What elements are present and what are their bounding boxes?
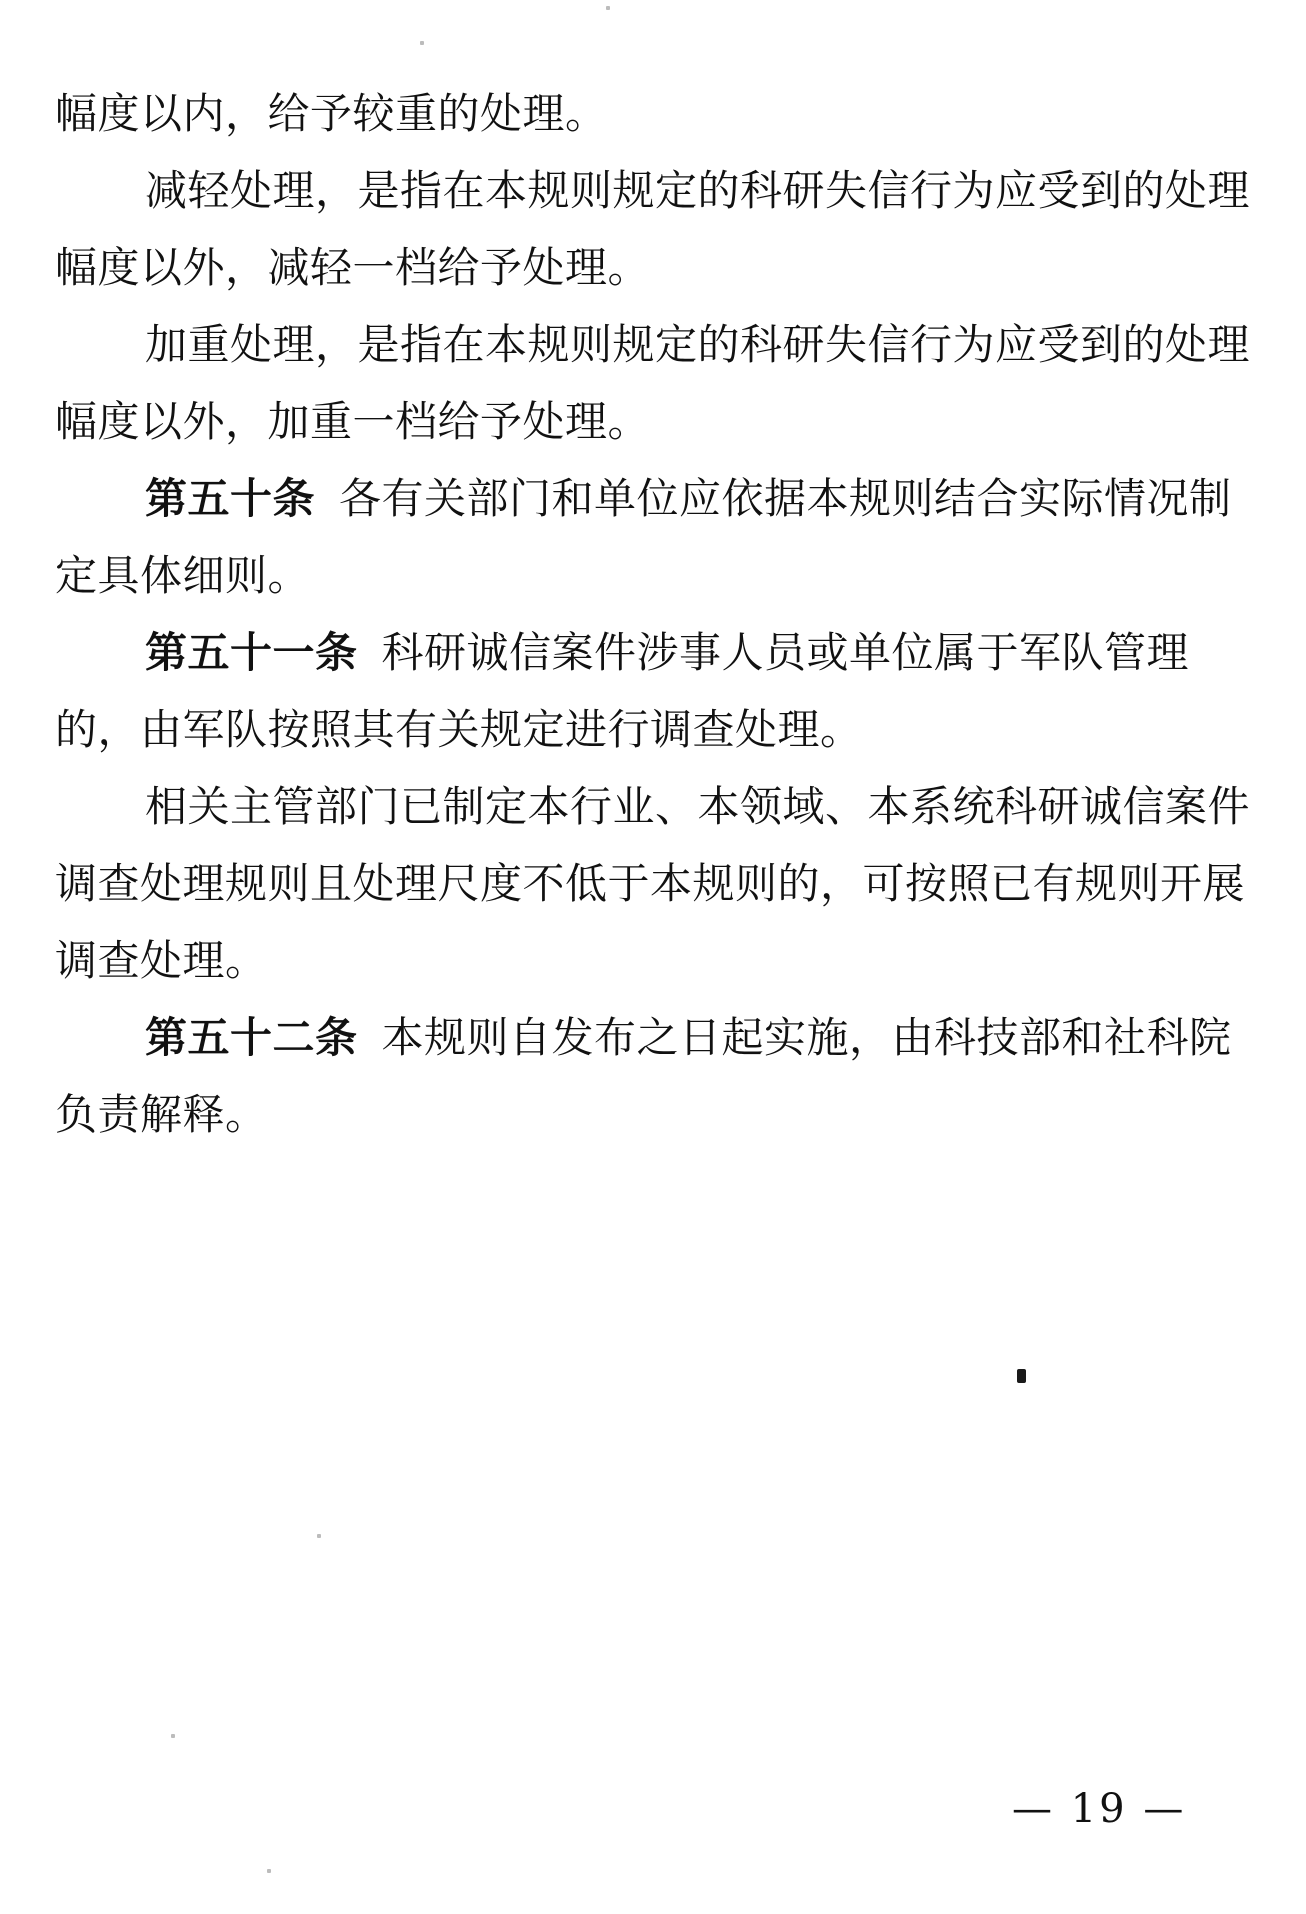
article-51-heading-line: 第五十一条科研诚信案件涉事人员或单位属于军队管理: [55, 614, 1225, 691]
body-line: 减轻处理，是指在本规则规定的科研失信行为应受到的处理: [55, 152, 1225, 229]
body-line: 定具体细则。: [55, 537, 1225, 614]
body-line: 调查处理规则且处理尺度不低于本规则的，可按照已有规则开展: [55, 845, 1225, 922]
body-line: 相关主管部门已制定本行业、本领域、本系统科研诚信案件: [55, 768, 1225, 845]
scan-speck: [267, 1869, 271, 1873]
scan-speck: [317, 1534, 321, 1538]
line-text: 本规则自发布之日起实施，由科技部和社科院: [382, 1013, 1232, 1062]
line-text: 加重处理，是指在本规则规定的科研失信行为应受到的处理: [145, 320, 1250, 369]
article-number-bold: 第五十条: [145, 474, 315, 523]
article-number-bold: 第五十一条: [145, 628, 358, 677]
scan-speck: [606, 6, 610, 10]
line-text: 定具体细则。: [55, 551, 310, 600]
document-text-block: 幅度以内，给予较重的处理。 减轻处理，是指在本规则规定的科研失信行为应受到的处理…: [55, 75, 1225, 1153]
line-text: 调查处理规则且处理尺度不低于本规则的，可按照已有规则开展: [55, 859, 1245, 908]
line-text: 幅度以外，减轻一档给予处理。: [55, 243, 650, 292]
line-text: 幅度以内，给予较重的处理。: [55, 89, 608, 138]
line-text: 调查处理。: [55, 936, 268, 985]
line-text: 幅度以外，加重一档给予处理。: [55, 397, 650, 446]
line-text: 科研诚信案件涉事人员或单位属于军队管理: [382, 628, 1190, 677]
line-text: 减轻处理，是指在本规则规定的科研失信行为应受到的处理: [145, 166, 1250, 215]
body-line: 加重处理，是指在本规则规定的科研失信行为应受到的处理: [55, 306, 1225, 383]
body-line: 幅度以外，加重一档给予处理。: [55, 383, 1225, 460]
line-text: 的，由军队按照其有关规定进行调查处理。: [55, 705, 863, 754]
line-text: 相关主管部门已制定本行业、本领域、本系统科研诚信案件: [145, 782, 1250, 831]
line-text: 负责解释。: [55, 1090, 268, 1139]
body-line: 幅度以内，给予较重的处理。: [55, 75, 1225, 152]
article-50-heading-line: 第五十条各有关部门和单位应依据本规则结合实际情况制: [55, 460, 1225, 537]
line-text: 各有关部门和单位应依据本规则结合实际情况制: [339, 474, 1232, 523]
body-line: 调查处理。: [55, 922, 1225, 999]
scan-speck: [420, 41, 424, 45]
scan-speck: [171, 1734, 175, 1738]
article-number-bold: 第五十二条: [145, 1013, 358, 1062]
body-line: 幅度以外，减轻一档给予处理。: [55, 229, 1225, 306]
body-line: 负责解释。: [55, 1076, 1225, 1153]
body-line: 的，由军队按照其有关规定进行调查处理。: [55, 691, 1225, 768]
page-number: — 19 —: [1012, 1786, 1186, 1832]
article-52-heading-line: 第五十二条本规则自发布之日起实施，由科技部和社科院: [55, 999, 1225, 1076]
ink-mark: [1017, 1369, 1026, 1383]
